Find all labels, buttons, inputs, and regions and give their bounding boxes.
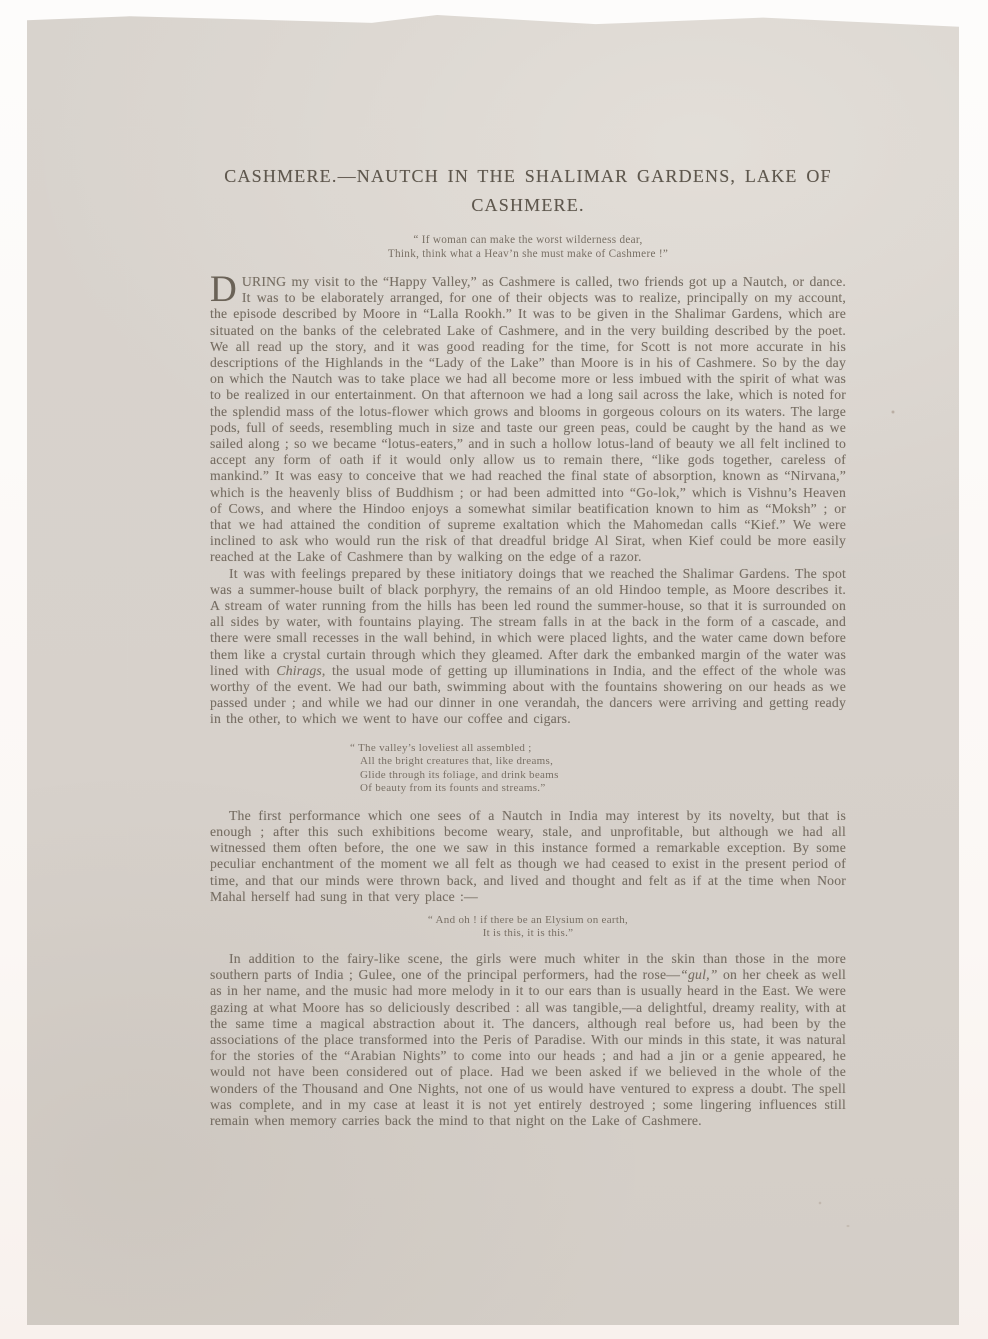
paragraph-4-italic-word: “gul,” [680,967,717,982]
verse-quote-2: “ And oh ! if there be an Elysium on ear… [210,914,846,941]
scanned-page-photo: CASHMERE.—NAUTCH IN THE SHALIMAR GARDENS… [0,0,988,1339]
verse-quote-1: “ The valley’s loveliest all assembled ;… [350,742,846,796]
drop-cap: D [210,274,242,304]
paragraph-1: DURING my visit to the “Happy Valley,” a… [210,274,846,566]
verse-line: Of beauty from its founts and streams.” [350,782,846,796]
paragraph-4-text-continued: on her cheek as well as in her name, and… [210,967,846,1128]
paragraph-2-text: It was with feelings prepared by these i… [210,566,846,678]
verse-line: Glide through its foliage, and drink bea… [350,769,846,783]
verse-line: All the bright creatures that, like drea… [350,755,846,769]
paragraph-4: In addition to the fairy-like scene, the… [210,951,846,1129]
text-column: CASHMERE.—NAUTCH IN THE SHALIMAR GARDENS… [210,13,846,1129]
epigraph-line-2: Think, think what a Heav’n she must make… [210,247,846,261]
paragraph-2-italic-word: Chirags [276,663,322,678]
book-page: CASHMERE.—NAUTCH IN THE SHALIMAR GARDENS… [27,13,959,1325]
verse-line: “ And oh ! if there be an Elysium on ear… [210,914,846,928]
epigraph: “ If woman can make the worst wilderness… [210,233,846,261]
paragraph-2: It was with feelings prepared by these i… [210,566,846,728]
epigraph-line-1: “ If woman can make the worst wilderness… [210,233,846,247]
page-title: CASHMERE.—NAUTCH IN THE SHALIMAR GARDENS… [210,162,846,220]
paragraph-3: The first performance which one sees of … [210,808,846,905]
verse-line: It is this, it is this.” [210,927,846,941]
verse-line: “ The valley’s loveliest all assembled ; [350,742,846,756]
paragraph-1-text: URING my visit to the “Happy Valley,” as… [210,274,846,564]
